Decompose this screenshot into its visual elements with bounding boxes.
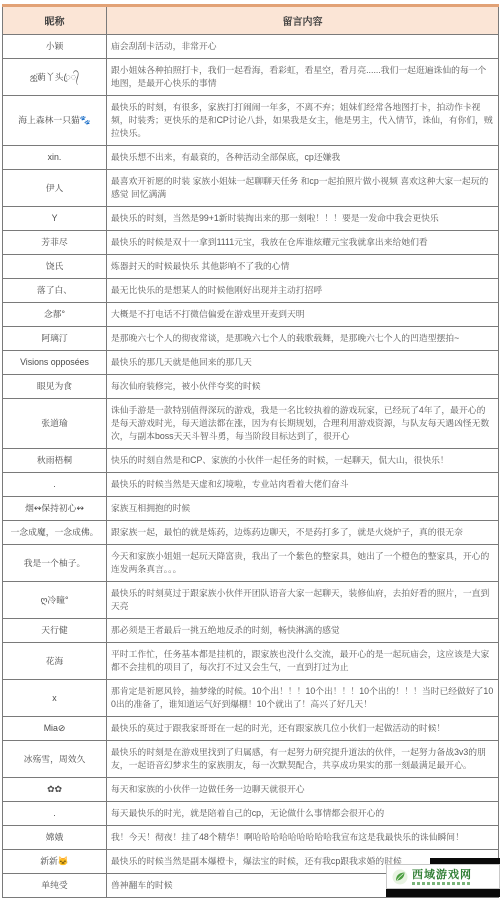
table-row: 秋雨梧桐快乐的时刻自然是和CP、家族的小伙伴一起任务的时候，一起聊天，侃大山，很…	[3, 449, 499, 473]
table-row: 眼见为食每次仙府装修完，被小伙伴夸奖的时候	[3, 375, 499, 399]
nickname-cell: 饶氏	[3, 255, 107, 279]
table-row: 烟↭保持初心↭家族互相拥抱的时候	[3, 497, 499, 521]
comments-table-page: 昵称 留言内容 小颖庙会刮刮卡活动，非常开心ஐ҉萌丫头ꦿ᭄跟小姐妹各种拍照打卡，…	[0, 0, 500, 898]
nickname-cell: 一念成魔，一念成佛。	[3, 521, 107, 545]
message-cell: 那肯定是祈愿风铃，抽梦缘的时候。10个出！！！10个出！！！10个出的！！！当时…	[107, 680, 499, 717]
watermark-band: 西域游戏网	[386, 864, 500, 889]
table-row: 花海平时工作忙，任务基本都是挂机的，跟家族也没什么交流，最开心的是一起玩庙会，这…	[3, 643, 499, 680]
header-row: 昵称 留言内容	[3, 6, 499, 35]
message-cell: 最快乐的那几天就是他回来的那几天	[107, 351, 499, 375]
message-cell: 最快乐的时刻莫过于跟家族小伙伴开团队语音大家一起聊天，装修仙府，去拍好看的照片，…	[107, 582, 499, 619]
nickname-cell: 落了白、	[3, 279, 107, 303]
message-cell: 平时工作忙，任务基本都是挂机的，跟家族也没什么交流，最开心的是一起玩庙会，这应该…	[107, 643, 499, 680]
message-cell: 炼器封天的时候最快乐 其他影响不了我的心情	[107, 255, 499, 279]
table-row: 芳菲尽最快乐的时候是双十一拿到1111元宝，我放在仓库谁炫耀元宝我就拿出来给她们…	[3, 231, 499, 255]
nickname-cell: .	[3, 802, 107, 826]
table-row: 我是一个柚子。今天和家族小姐姐一起玩天降富贵，我出了一个紫色的整家具，她出了一个…	[3, 545, 499, 582]
comments-table: 昵称 留言内容 小颖庙会刮刮卡活动，非常开心ஐ҉萌丫头ꦿ᭄跟小姐妹各种拍照打卡，…	[2, 4, 499, 898]
message-cell: 最快乐的莫过于跟我家哥哥在一起的时光，还有跟家族几位小伙们一起做活动的时候！	[107, 717, 499, 741]
message-cell: 每次仙府装修完，被小伙伴夸奖的时候	[107, 375, 499, 399]
site-watermark: 西域游戏网	[386, 858, 500, 898]
nickname-cell: 阿璃汀	[3, 327, 107, 351]
table-row: 张道瑜诛仙手游是一款特别值得深玩的游戏，我是一名比较执着的游戏玩家，已经玩了4年…	[3, 399, 499, 449]
message-cell: 今天和家族小姐姐一起玩天降富贵，我出了一个紫色的整家具，她出了一个橙色的整家具，…	[107, 545, 499, 582]
nickname-cell: 张道瑜	[3, 399, 107, 449]
table-row: ஐ҉萌丫头ꦿ᭄跟小姐妹各种拍照打卡，我们一起看海，看彩虹，看星空，看月亮....…	[3, 59, 499, 96]
watermark-caption-line	[412, 882, 472, 885]
table-row: 冰殇雪，周效久最快乐的时刻是在游戏里找到了归属感，有一起努力研究提升道法的伙伴，…	[3, 741, 499, 778]
message-cell: 最快乐的时候当然是天虚和幻境啦，专业站肉看着大佬们奋斗	[107, 473, 499, 497]
table-row: .每天最快乐的时光，就是陪着自己的cp，无论做什么事情都会很开心的	[3, 802, 499, 826]
watermark-bottom-bar	[386, 889, 500, 897]
message-cell: 每天最快乐的时光，就是陪着自己的cp，无论做什么事情都会很开心的	[107, 802, 499, 826]
message-cell: 大概是不打电话不打微信偏爱在游戏里开麦到天明	[107, 303, 499, 327]
nickname-cell: 新新🐱	[3, 850, 107, 874]
table-row: 伊人最喜欢开祈愿的时装 家族小姐妹一起聊聊天任务 和cp一起拍照片做小视频 喜欢…	[3, 170, 499, 207]
table-row: 一念成魔，一念成佛。跟家族一起，最怕的就是炼药，边炼药边聊天，不是药打多了，就是…	[3, 521, 499, 545]
nickname-cell: ஐ҉萌丫头ꦿ᭄	[3, 59, 107, 96]
nickname-cell: 伊人	[3, 170, 107, 207]
nickname-cell: Y	[3, 207, 107, 231]
nickname-cell: 秋雨梧桐	[3, 449, 107, 473]
message-cell: 跟家族一起，最怕的就是炼药，边炼药边聊天，不是药打多了，就是火烧炉子，真的很无奈	[107, 521, 499, 545]
table-row: 念郬°大概是不打电话不打微信偏爱在游戏里开麦到天明	[3, 303, 499, 327]
nickname-cell: 我是一个柚子。	[3, 545, 107, 582]
nickname-cell: 单纯受	[3, 874, 107, 898]
message-cell: 最喜欢开祈愿的时装 家族小姐妹一起聊聊天任务 和cp一起拍照片做小视频 喜欢这种…	[107, 170, 499, 207]
nickname-cell: 嫦娥	[3, 826, 107, 850]
message-cell: 家族互相拥抱的时候	[107, 497, 499, 521]
nickname-cell: .	[3, 473, 107, 497]
message-cell: 我！今天！彻夜！挂了48个精华！啊哈哈哈哈哈哈哈哈哈我宣布这是我最快乐的诛仙瞬间…	[107, 826, 499, 850]
nickname-cell: 芳菲尽	[3, 231, 107, 255]
nickname-cell: 小颖	[3, 35, 107, 59]
table-row: x那肯定是祈愿风铃，抽梦缘的时候。10个出！！！10个出！！！10个出的！！！当…	[3, 680, 499, 717]
table-row: 饶氏炼器封天的时候最快乐 其他影响不了我的心情	[3, 255, 499, 279]
message-cell: 最快乐想不出来，有最衰的，各种活动全部保底，cp还嫌我	[107, 146, 499, 170]
message-cell: 庙会刮刮卡活动，非常开心	[107, 35, 499, 59]
table-row: Visions opposées最快乐的那几天就是他回来的那几天	[3, 351, 499, 375]
column-header-message: 留言内容	[107, 6, 499, 35]
nickname-cell: 冰殇雪，周效久	[3, 741, 107, 778]
table-row: .最快乐的时候当然是天虚和幻境啦，专业站肉看着大佬们奋斗	[3, 473, 499, 497]
message-cell: 最快乐的时候是双十一拿到1111元宝，我放在仓库谁炫耀元宝我就拿出来给她们看	[107, 231, 499, 255]
nickname-cell: 花海	[3, 643, 107, 680]
table-row: Y最快乐的时刻，当然是99+1新时装掏出来的那一刻啦！！！要是一发命中我会更快乐	[3, 207, 499, 231]
table-row: ✿✿每天和家族的小伙伴一边做任务一边聊天就很开心	[3, 778, 499, 802]
nickname-cell: ✿✿	[3, 778, 107, 802]
nickname-cell: 念郬°	[3, 303, 107, 327]
table-row: 阿璃汀是那晚六七个人的彻夜常谈，是那晚六七个人的载歌载舞，是那晚六七个人的凹造型…	[3, 327, 499, 351]
message-cell: 那必须是王者最后一挑五绝地反杀的时刻，畅快淋漓的感觉	[107, 619, 499, 643]
message-cell: 是那晚六七个人的彻夜常谈，是那晚六七个人的载歌载舞，是那晚六七个人的凹造型摆拍~	[107, 327, 499, 351]
nickname-cell: 烟↭保持初心↭	[3, 497, 107, 521]
table-row: xin.最快乐想不出来，有最衰的，各种活动全部保底，cp还嫌我	[3, 146, 499, 170]
nickname-cell: x	[3, 680, 107, 717]
message-cell: 最快乐的时刻，当然是99+1新时装掏出来的那一刻啦！！！要是一发命中我会更快乐	[107, 207, 499, 231]
watermark-site-name: 西域游戏网	[412, 869, 472, 881]
watermark-text: 西域游戏网	[412, 869, 472, 885]
message-cell: 快乐的时刻自然是和CP、家族的小伙伴一起任务的时候，一起聊天，侃大山，很快乐！	[107, 449, 499, 473]
nickname-cell: 海上森林一只猫🐾	[3, 96, 107, 146]
table-row: 落了白、最无比快乐的是想某人的时候他刚好出现并主动打招呼	[3, 279, 499, 303]
nickname-cell: xin.	[3, 146, 107, 170]
column-header-nickname: 昵称	[3, 6, 107, 35]
leaf-icon	[392, 869, 408, 885]
message-cell: 诛仙手游是一款特别值得深玩的游戏，我是一名比较执着的游戏玩家，已经玩了4年了，最…	[107, 399, 499, 449]
nickname-cell: Mia⊘	[3, 717, 107, 741]
table-row: Mia⊘最快乐的莫过于跟我家哥哥在一起的时光，还有跟家族几位小伙们一起做活动的时…	[3, 717, 499, 741]
table-body: 小颖庙会刮刮卡活动，非常开心ஐ҉萌丫头ꦿ᭄跟小姐妹各种拍照打卡，我们一起看海，看…	[3, 35, 499, 898]
message-cell: 最无比快乐的是想某人的时候他刚好出现并主动打招呼	[107, 279, 499, 303]
nickname-cell: Visions opposées	[3, 351, 107, 375]
message-cell: 跟小姐妹各种拍照打卡，我们一起看海，看彩虹，看星空，看月亮......我们一起逛…	[107, 59, 499, 96]
table-row: ღ冷瞳°最快乐的时刻莫过于跟家族小伙伴开团队语音大家一起聊天，装修仙府，去拍好看…	[3, 582, 499, 619]
message-cell: 最快乐的时刻是在游戏里找到了归属感，有一起努力研究提升道法的伙伴，一起努力备战3…	[107, 741, 499, 778]
message-cell: 每天和家族的小伙伴一边做任务一边聊天就很开心	[107, 778, 499, 802]
nickname-cell: ღ冷瞳°	[3, 582, 107, 619]
table-row: 海上森林一只猫🐾最快乐的时刻，有很多，家族打打闹闹一年多，不离不弃；姐妹们经常各…	[3, 96, 499, 146]
message-cell: 最快乐的时刻，有很多，家族打打闹闹一年多，不离不弃；姐妹们经常各地图打卡，拍动作…	[107, 96, 499, 146]
table-row: 嫦娥我！今天！彻夜！挂了48个精华！啊哈哈哈哈哈哈哈哈哈我宣布这是我最快乐的诛仙…	[3, 826, 499, 850]
nickname-cell: 天行健	[3, 619, 107, 643]
nickname-cell: 眼见为食	[3, 375, 107, 399]
table-row: 天行健那必须是王者最后一挑五绝地反杀的时刻，畅快淋漓的感觉	[3, 619, 499, 643]
table-row: 小颖庙会刮刮卡活动，非常开心	[3, 35, 499, 59]
